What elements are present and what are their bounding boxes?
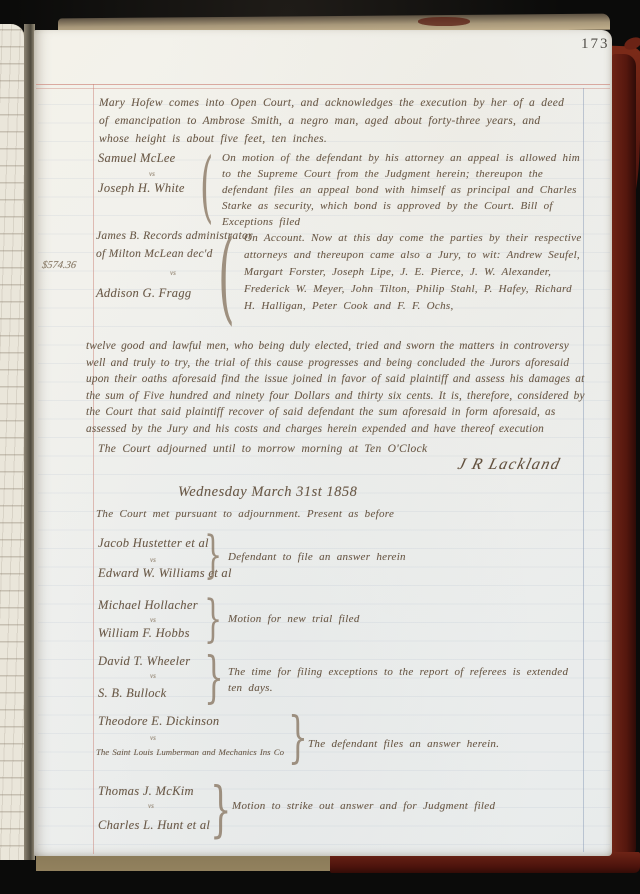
case-mclee-vs: vs xyxy=(149,170,155,178)
docket-row-party1: Thomas J. McKim xyxy=(98,784,194,799)
docket-row-note: Motion for new trial filed xyxy=(228,611,568,627)
scanned-ledger-photo: 173 Mary Hofew comes into Open Court, an… xyxy=(0,0,640,894)
docket-row-party1: Jacob Hustetter et al xyxy=(98,536,209,551)
case-records-party1-line2: of Milton McLean dec'd xyxy=(96,248,213,260)
case-records-entry: On Account. Now at this day come the par… xyxy=(244,230,582,315)
case-mclee-party2: Joseph H. White xyxy=(98,181,185,196)
case-brace: ( xyxy=(200,148,213,226)
docket-row-vs: vs xyxy=(148,802,154,810)
case-mclee-party1: Samuel McLee xyxy=(98,151,176,166)
docket-row-note: The defendant files an answer herein. xyxy=(308,736,570,752)
cover-stain xyxy=(418,17,470,26)
header-rule-line xyxy=(36,84,610,85)
session-opening-line: The Court met pursuant to adjournment. P… xyxy=(96,506,394,522)
page-number: 173 xyxy=(581,36,610,53)
adjournment-line: The Court adjourned until to morrow morn… xyxy=(98,441,427,457)
previous-page-edge xyxy=(0,24,25,860)
entry-emancipation: Mary Hofew comes into Open Court, and ac… xyxy=(99,94,569,148)
case-brace: ( xyxy=(218,226,235,327)
docket-row-party2: S. B. Bullock xyxy=(98,686,166,701)
docket-row-note: The time for filing exceptions to the re… xyxy=(228,664,584,696)
case-brace: } xyxy=(210,780,232,840)
case-brace: } xyxy=(204,650,224,705)
docket-row-vs: vs xyxy=(150,616,156,624)
case-brace: } xyxy=(288,710,308,765)
book-cover-spine xyxy=(612,54,636,858)
case-records-party2: Addison G. Fragg xyxy=(96,286,191,301)
judge-signature: J R Lackland xyxy=(456,456,563,474)
docket-row-party1: Theodore E. Dickinson xyxy=(98,714,219,729)
right-margin-line xyxy=(583,88,584,852)
case-brace: } xyxy=(204,530,222,581)
case-brace: } xyxy=(204,594,222,645)
header-rule-line-2 xyxy=(36,88,610,89)
left-margin-line xyxy=(93,84,94,854)
judgment-amount-note: $574.36 xyxy=(41,260,77,271)
docket-row-party2: The Saint Louis Lumberman and Mechanics … xyxy=(96,747,284,757)
docket-row-party1: Michael Hollacher xyxy=(98,598,198,613)
page-edges-bottom xyxy=(36,854,336,871)
case-mclee-entry: On motion of the defendant by his attorn… xyxy=(222,150,582,230)
docket-row-note: Defendant to file an answer herein xyxy=(228,549,568,565)
docket-row-vs: vs xyxy=(150,734,156,742)
docket-row-party2: William F. Hobbs xyxy=(98,626,190,641)
case-records-vs: vs xyxy=(170,269,176,277)
docket-row-party1: David T. Wheeler xyxy=(98,654,190,669)
session-heading: Wednesday March 31st 1858 xyxy=(178,484,357,501)
docket-row-note: Motion to strike out answer and for Judg… xyxy=(232,798,562,814)
docket-row-vs: vs xyxy=(150,672,156,680)
case-records-entry-continued: twelve good and lawful men, who being du… xyxy=(86,338,586,437)
docket-row-party2: Charles L. Hunt et al xyxy=(98,818,210,833)
docket-row-vs: vs xyxy=(150,556,156,564)
